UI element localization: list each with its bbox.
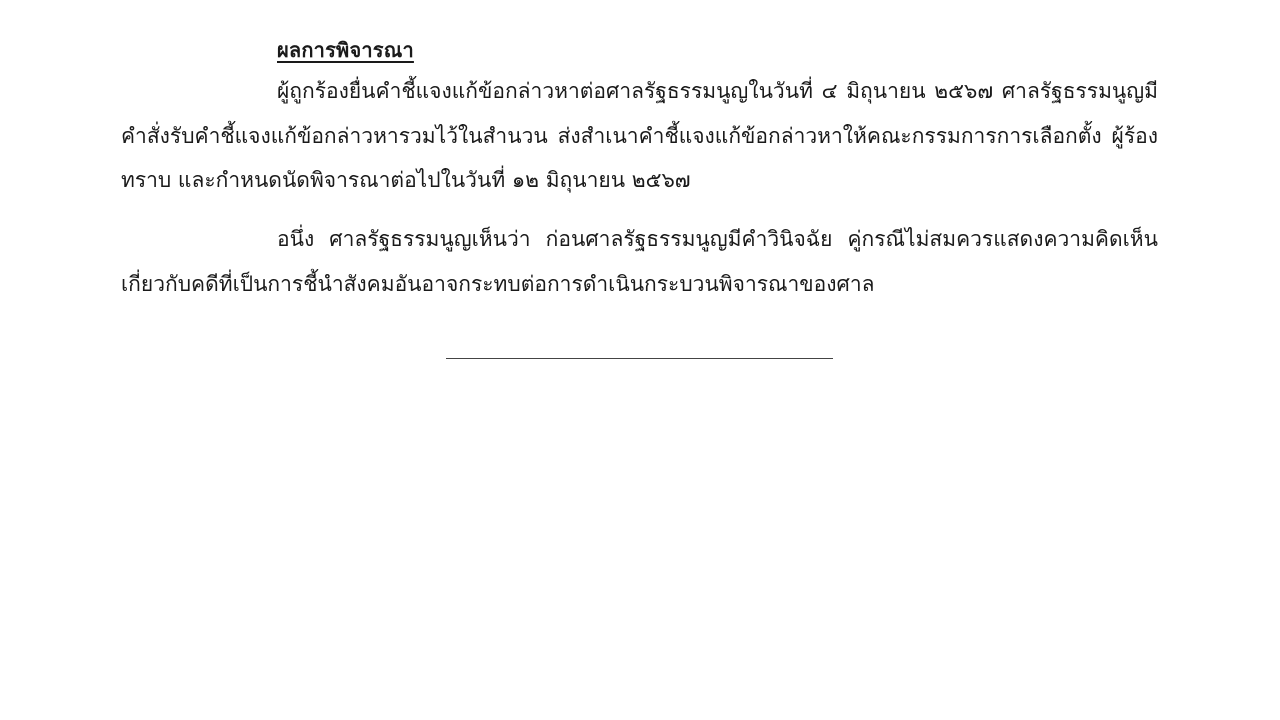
section-divider (446, 358, 833, 359)
document-page: ผลการพิจารณา ผู้ถูกร้องยื่นคำชี้แจงแก้ข้… (0, 0, 1280, 720)
section-heading: ผลการพิจารณา (277, 34, 414, 66)
paragraph-court-note: อนึ่ง ศาลรัฐธรรมนูญเห็นว่า ก่อนศาลรัฐธรร… (121, 217, 1158, 306)
paragraph-response-filing: ผู้ถูกร้องยื่นคำชี้แจงแก้ข้อกล่าวหาต่อศา… (121, 69, 1158, 203)
